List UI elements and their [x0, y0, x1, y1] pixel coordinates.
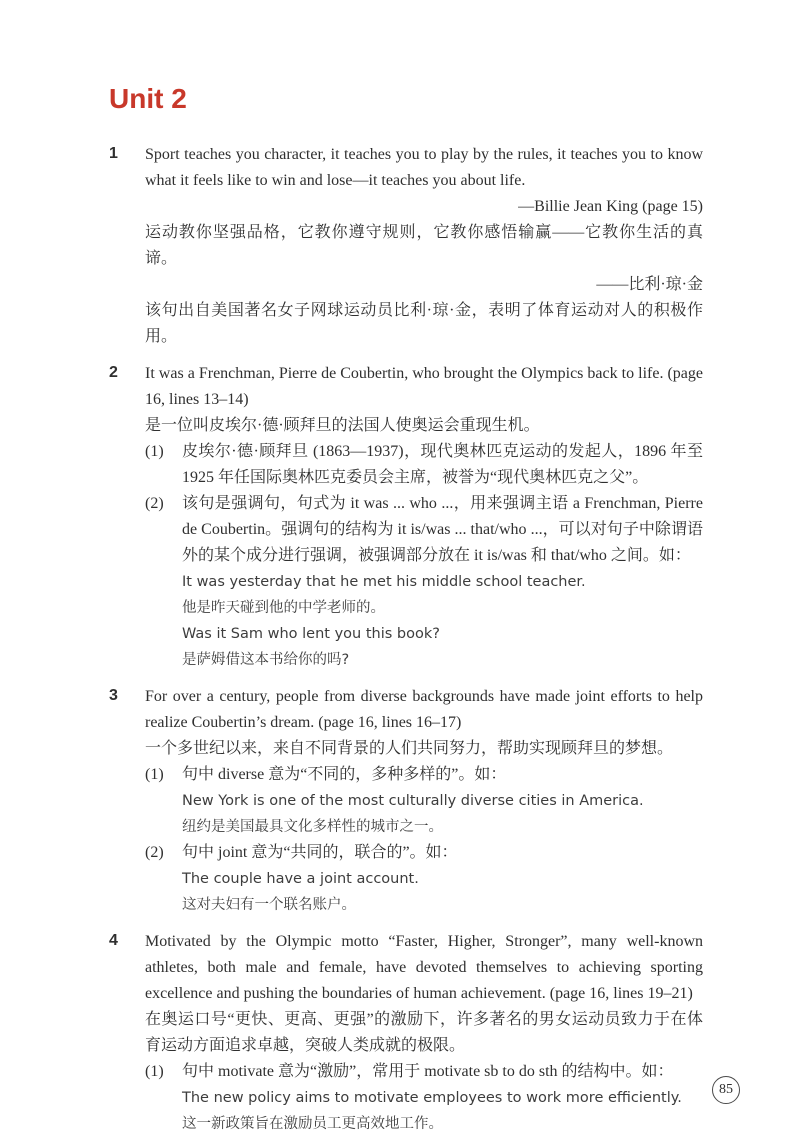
item-3-number: 3 — [109, 684, 145, 918]
page-number-badge: 85 — [712, 1076, 740, 1104]
item-2-chinese-translation: 是一位叫皮埃尔·德·顾拜旦的法国人使奥运会重现生机。 — [145, 413, 703, 439]
item-3-body: For over a century, people from diverse … — [145, 684, 703, 918]
item-1-note: 该句出自美国著名女子网球运动员比利·琼·金，表明了体育运动对人的积极作用。 — [145, 298, 703, 350]
example-sentence-english: The new policy aims to motivate employee… — [182, 1085, 703, 1111]
item-2-subitem-2-text: 该句是强调句，句式为 it was ... who ...，用来强调主语 a F… — [182, 491, 703, 569]
item-2-english-sentence: It was a Frenchman, Pierre de Coubertin,… — [145, 361, 703, 413]
item-2-body: It was a Frenchman, Pierre de Coubertin,… — [145, 361, 703, 673]
item-3-english-sentence: For over a century, people from diverse … — [145, 684, 703, 736]
example-sentence-chinese: 这一新政策旨在激励员工更高效地工作。 — [182, 1111, 703, 1137]
item-1-chinese-translation: 运动教你坚强品格，它教你遵守规则，它教你感悟输赢——它教你生活的真谛。 — [145, 220, 703, 272]
item-3-subitem-2-text: 句中 joint 意为“共同的，联合的”。如： — [182, 840, 703, 866]
item-3-subitem-1-marker: (1) — [145, 762, 182, 840]
example-sentence-chinese: 纽约是美国最具文化多样性的城市之一。 — [182, 814, 703, 840]
item-2-subitem-2: (2) 该句是强调句，句式为 it was ... who ...，用来强调主语… — [145, 491, 703, 673]
item-4-number: 4 — [109, 929, 145, 1137]
example-sentence-english: Was it Sam who lent you this book? — [182, 621, 703, 647]
page-number: 85 — [719, 1082, 733, 1098]
item-4: 4 Motivated by the Olympic motto “Faster… — [109, 929, 703, 1137]
item-3-chinese-translation: 一个多世纪以来，来自不同背景的人们共同努力，帮助实现顾拜旦的梦想。 — [145, 736, 703, 762]
item-4-chinese-translation: 在奥运口号“更快、更高、更强”的激励下，许多著名的男女运动员致力于在体育运动方面… — [145, 1007, 703, 1059]
example-sentence-chinese: 是萨姆借这本书给你的吗? — [182, 647, 703, 673]
item-1-attribution-chinese: ——比利·琼·金 — [145, 272, 703, 298]
example-sentence-english: New York is one of the most culturally d… — [182, 788, 703, 814]
textbook-page: Unit 2 1 Sport teaches you character, it… — [0, 0, 805, 1145]
item-3-subitem-1: (1) 句中 diverse 意为“不同的，多种多样的”。如： New York… — [145, 762, 703, 840]
item-2-number: 2 — [109, 361, 145, 673]
item-1: 1 Sport teaches you character, it teache… — [109, 142, 703, 350]
item-3: 3 For over a century, people from divers… — [109, 684, 703, 918]
item-1-body: Sport teaches you character, it teaches … — [145, 142, 703, 350]
item-2-subitem-2-body: 该句是强调句，句式为 it was ... who ...，用来强调主语 a F… — [182, 491, 703, 673]
unit-title: Unit 2 — [109, 84, 703, 114]
item-3-subitem-2-body: 句中 joint 意为“共同的，联合的”。如： The couple have … — [182, 840, 703, 918]
item-3-subitem-2-marker: (2) — [145, 840, 182, 918]
item-4-english-sentence: Motivated by the Olympic motto “Faster, … — [145, 929, 703, 1007]
item-2-subitem-1-text: 皮埃尔·德·顾拜旦 (1863—1937)，现代奥林匹克运动的发起人，1896 … — [182, 439, 703, 491]
example-sentence-english: It was yesterday that he met his middle … — [182, 569, 703, 595]
item-4-subitem-1: (1) 句中 motivate 意为“激励”，常用于 motivate sb t… — [145, 1059, 703, 1137]
item-4-body: Motivated by the Olympic motto “Faster, … — [145, 929, 703, 1137]
example-sentence-english: The couple have a joint account. — [182, 866, 703, 892]
item-3-subitem-2: (2) 句中 joint 意为“共同的，联合的”。如： The couple h… — [145, 840, 703, 918]
item-2-subitem-2-marker: (2) — [145, 491, 182, 673]
page-content: Unit 2 1 Sport teaches you character, it… — [109, 84, 703, 1145]
item-1-number: 1 — [109, 142, 145, 350]
item-2-subitem-1-body: 皮埃尔·德·顾拜旦 (1863—1937)，现代奥林匹克运动的发起人，1896 … — [182, 439, 703, 491]
item-2: 2 It was a Frenchman, Pierre de Couberti… — [109, 361, 703, 673]
item-3-subitem-1-text: 句中 diverse 意为“不同的，多种多样的”。如： — [182, 762, 703, 788]
item-1-attribution-english: —Billie Jean King (page 15) — [145, 194, 703, 220]
example-sentence-chinese: 他是昨天碰到他的中学老师的。 — [182, 595, 703, 621]
item-2-subitem-1: (1) 皮埃尔·德·顾拜旦 (1863—1937)，现代奥林匹克运动的发起人，1… — [145, 439, 703, 491]
item-1-english-sentence: Sport teaches you character, it teaches … — [145, 142, 703, 194]
example-sentence-chinese: 这对夫妇有一个联名账户。 — [182, 892, 703, 918]
item-2-subitem-1-marker: (1) — [145, 439, 182, 491]
item-4-subitem-1-text: 句中 motivate 意为“激励”，常用于 motivate sb to do… — [182, 1059, 703, 1085]
item-4-subitem-1-marker: (1) — [145, 1059, 182, 1137]
item-4-subitem-1-body: 句中 motivate 意为“激励”，常用于 motivate sb to do… — [182, 1059, 703, 1137]
item-3-subitem-1-body: 句中 diverse 意为“不同的，多种多样的”。如： New York is … — [182, 762, 703, 840]
